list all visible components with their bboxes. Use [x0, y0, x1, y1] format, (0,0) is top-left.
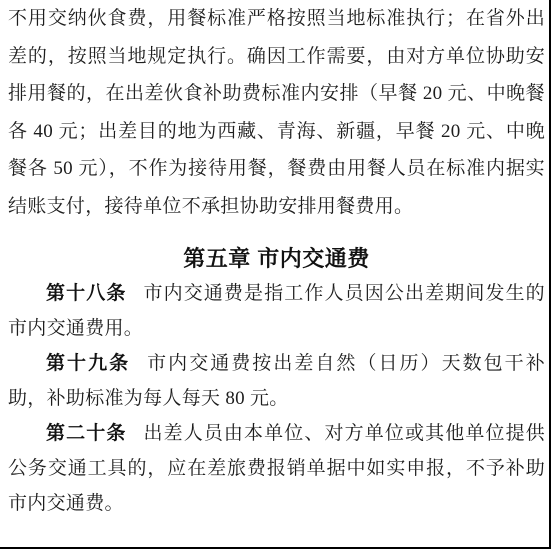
article-20-label: 第二十条 — [46, 423, 126, 444]
chapter-heading-5: 第五章 市内交通费 — [8, 241, 545, 276]
article-19-label: 第十九条 — [46, 353, 130, 374]
article-18-label: 第十八条 — [46, 283, 126, 304]
document-page: 不用交纳伙食费，用餐标准严格按照当地标准执行；在省外出差的，按照当地规定执行。确… — [0, 0, 554, 560]
page-border-right — [549, 0, 551, 549]
document-content: 不用交纳伙食费，用餐标准严格按照当地标准执行；在省外出差的，按照当地规定执行。确… — [8, 0, 545, 521]
article-19-paragraph: 第十九条市内交通费按出差自然（日历）天数包干补助，补助标准为每人每天 80 元。 — [8, 346, 545, 416]
article-18-paragraph: 第十八条市内交通费是指工作人员因公出差期间发生的市内交通费用。 — [8, 276, 545, 346]
page-border-bottom — [0, 547, 551, 549]
paragraph-meal-expense-continuation: 不用交纳伙食费，用餐标准严格按照当地标准执行；在省外出差的，按照当地规定执行。确… — [8, 0, 545, 226]
article-20-paragraph: 第二十条出差人员由本单位、对方单位或其他单位提供公务交通工具的，应在差旅费报销单… — [8, 416, 545, 521]
